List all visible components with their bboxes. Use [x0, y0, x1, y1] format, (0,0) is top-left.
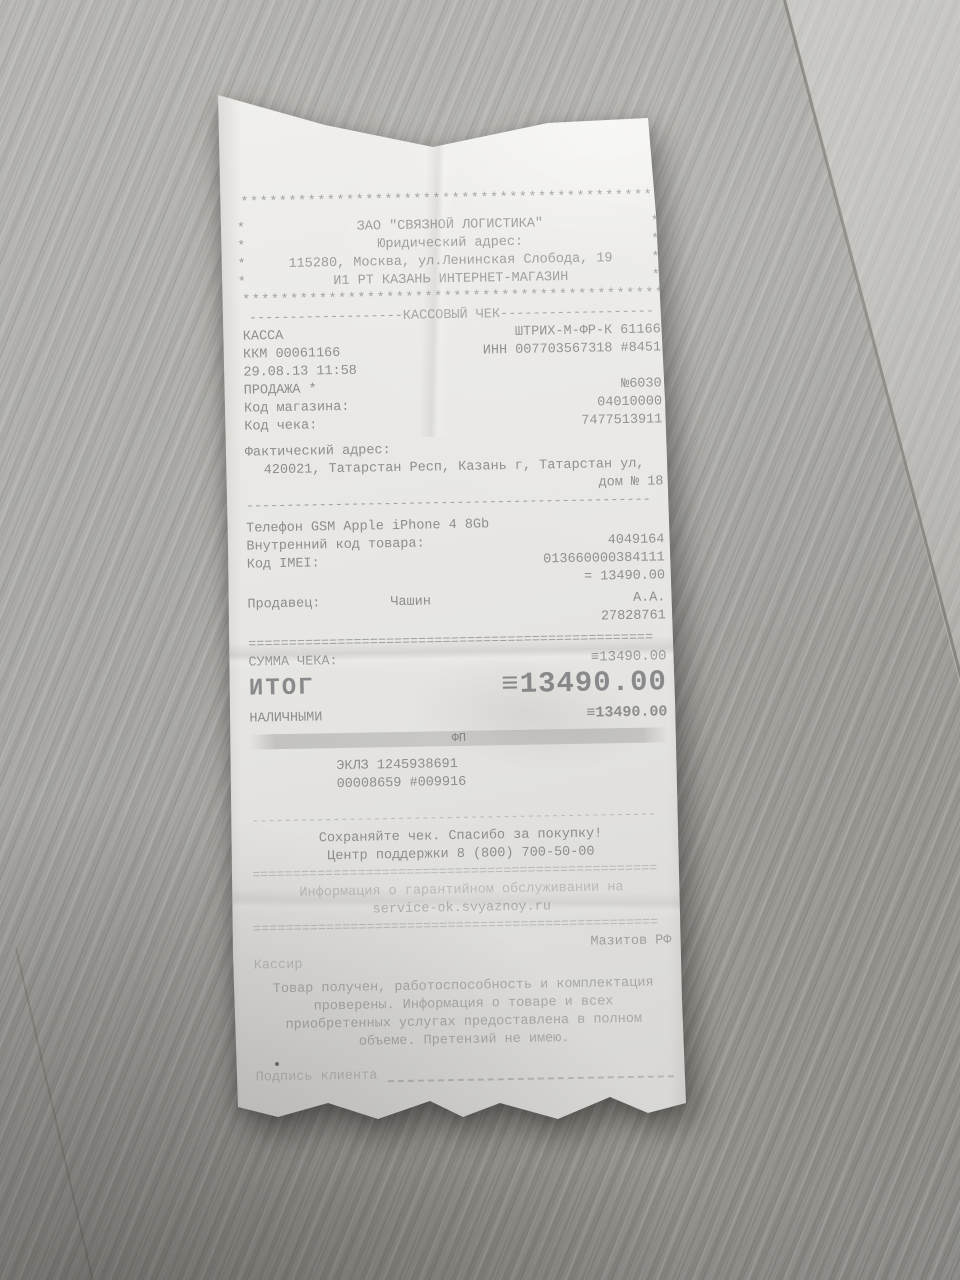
- seller-label: Продавец:: [247, 595, 320, 614]
- imei-label: Код IMEI:: [247, 555, 320, 574]
- kkm-number: ККМ 00061166: [243, 345, 341, 365]
- seller-name: Чашин: [390, 593, 431, 612]
- sum-value: ≡13490.00: [591, 647, 667, 666]
- signature-label: Подпись клиента: [256, 1067, 378, 1087]
- internal-code-value: 4049164: [608, 531, 665, 550]
- cash-value: ≡13490.00: [586, 703, 667, 722]
- signature-line: [387, 1062, 674, 1082]
- internal-code-label: Внутренний код товара:: [246, 536, 425, 557]
- fiscal-label: ФП: [452, 731, 467, 745]
- receipt-paper: ****************************************…: [218, 95, 688, 1121]
- signature-row: Подпись клиента: [256, 1062, 674, 1087]
- kassa-label: КАССА: [243, 328, 284, 347]
- star: *: [651, 213, 663, 231]
- star: *: [237, 239, 249, 257]
- fiscal-band: ФП: [250, 727, 668, 749]
- star: *: [651, 249, 663, 267]
- seller-initials: А.А.: [633, 589, 666, 608]
- cash-label: НАЛИЧНЫМИ: [249, 709, 322, 728]
- paper-speck: [275, 1062, 279, 1066]
- star-border-right: * * * *: [651, 213, 664, 285]
- star: *: [238, 275, 250, 293]
- star: *: [237, 221, 249, 239]
- sum-label: СУММА ЧЕКА:: [248, 653, 337, 673]
- sale-label: ПРОДАЖА *: [244, 381, 317, 400]
- receipt-header: * * * * * * * * ЗАО "СВЯЗНОЙ ЛОГИСТИКА" …: [241, 213, 660, 292]
- total-label: ИТОГ: [249, 679, 315, 698]
- check-code-label: Код чека:: [244, 417, 317, 436]
- datetime: 29.08.13 11:58: [243, 363, 357, 383]
- receipt-shadow-wrap: ****************************************…: [218, 95, 688, 1121]
- floor-plank-seam-2: [15, 948, 95, 1280]
- check-code-value: 7477513911: [581, 411, 662, 430]
- star: *: [652, 267, 664, 285]
- photo-scene: ****************************************…: [0, 0, 960, 1280]
- imei-value: 013660000384111: [543, 549, 665, 569]
- cash-row: НАЛИЧНЫМИ ≡13490.00: [249, 703, 667, 728]
- star: *: [651, 231, 663, 249]
- star-border-left: * * * *: [237, 221, 250, 293]
- inn-number: ИНН 007703567318 #8451: [483, 339, 662, 360]
- receipt-content: ****************************************…: [239, 91, 675, 1124]
- store-code-label: Код магазина:: [244, 399, 350, 419]
- star-border-top: ****************************************…: [240, 187, 658, 212]
- sale-number: №6030: [621, 375, 662, 394]
- item-price: = 13490.00: [584, 567, 665, 586]
- total-value: ≡13490.00: [501, 673, 667, 694]
- star: *: [237, 257, 249, 275]
- store-code-value: 04010000: [597, 393, 662, 412]
